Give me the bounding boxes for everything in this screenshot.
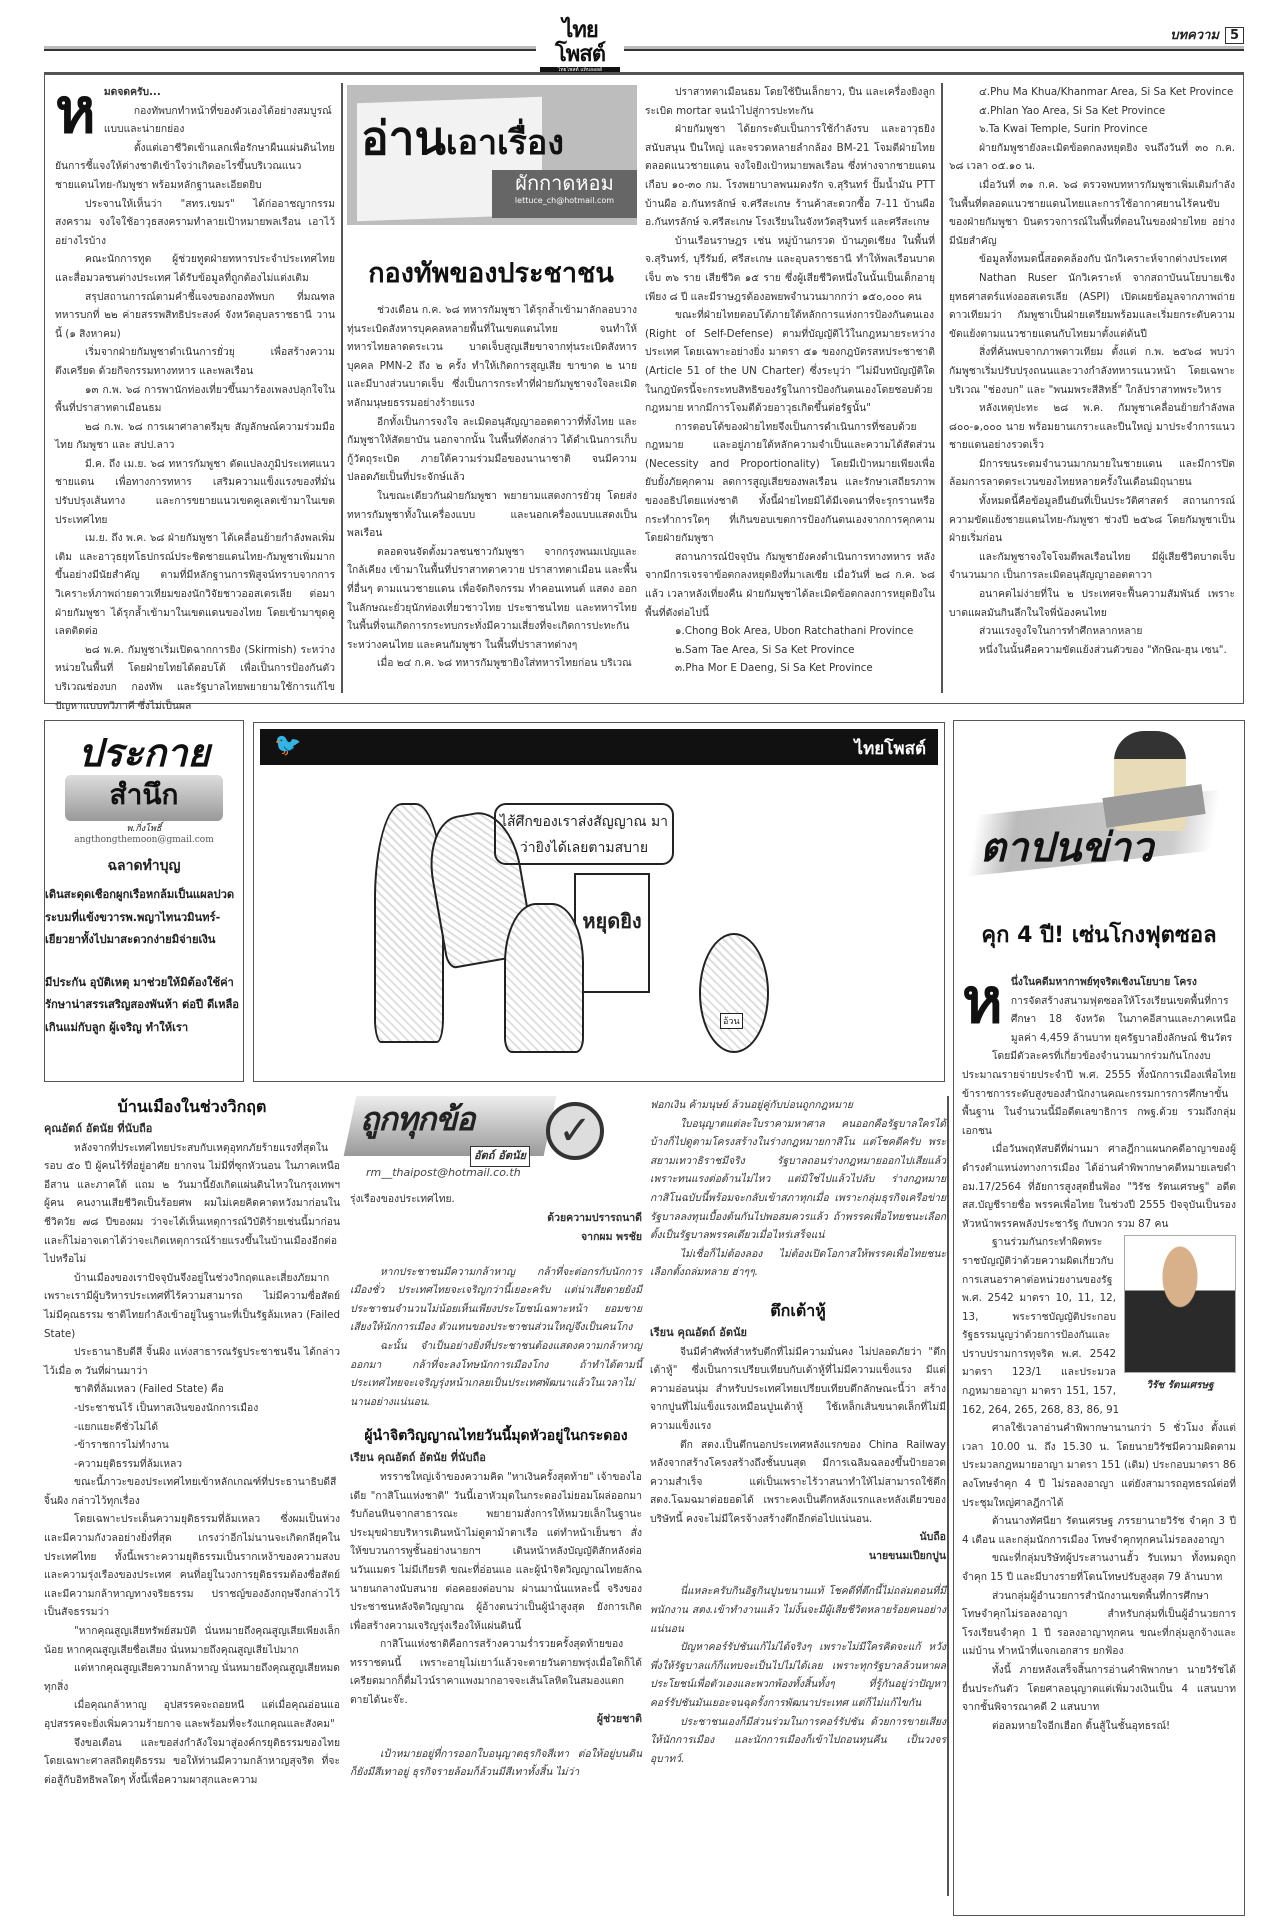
paragraph: สิ่งที่ค้นพบจากภาพดาวเทียม ตั้งแต่ ก.พ. … <box>949 343 1235 399</box>
newspaper-logo: ไทยโพสต์ ไทยโพสต์ แท็บลอยด์ <box>536 18 624 74</box>
paragraph: ส่วนแรงจูงใจในการทำศึกหลากหลาย <box>949 622 1235 641</box>
section-name: บทความ <box>1170 28 1219 43</box>
column-logo-text: ตาปนข่าว <box>980 815 1153 879</box>
paragraph: ทั้งนี้ ภายหลังเสร็จสิ้นการอ่านคำพิพากษา… <box>962 1661 1236 1717</box>
paragraph: ฝ่ายกัมพูชายังละเมิดข้อตกลงหยุดยิง จนถึง… <box>949 139 1235 176</box>
poem-line: เดินสะดุดเชือกผูกเรือหกล้ม <box>45 888 174 901</box>
paragraph: ฟอกเงิน ค้ามนุษย์ ล้วนอยู่คู่กับบ่อนถูกก… <box>650 1099 853 1111</box>
banner-email: lettuce_ch@hotmail.com <box>492 196 637 205</box>
signoff: ด้วยความปรารถนาดี <box>350 1209 642 1228</box>
paragraph: ตลอดจนจัดตั้งมวลชนชาวกัมพูชา จากกรุงพนมเ… <box>347 543 637 655</box>
paragraph: เมื่อ ๒๔ ก.ค. ๖๘ ทหารกัมพูชายิงใส่ทหารไท… <box>347 654 637 673</box>
paragraph: สรุปสถานการณ์ตามคำชี้แจงของกองทัพบก ที่ม… <box>55 288 335 344</box>
column-divider <box>947 1096 949 1896</box>
column-divider <box>341 83 343 693</box>
page-number: 5 <box>1225 27 1244 44</box>
story-column-1: ห มดจดครับ... กองทัพบกทำหน้าที่ของตัวเอง… <box>55 83 335 715</box>
cartoon-figure-right <box>699 933 769 1053</box>
top-story-box: ห มดจดครับ... กองทัพบกทำหน้าที่ของตัวเอง… <box>44 72 1244 704</box>
news-column-box: ตาปนข่าว คุก 4 ปี! เซ่นโกงฟุตซอล ห นึ่งใ… <box>953 720 1245 1916</box>
column-headline: คุก 4 ปี! เซ่นโกงฟุตซอล <box>954 917 1244 952</box>
paragraph: ตึก สตง.เป็นตึกนอกประเทศหลังแรกของ China… <box>650 1436 946 1529</box>
letter-cont: รุ่งเรืองของประเทศไทย. <box>350 1190 642 1209</box>
paragraph: สถานการณ์ปัจจุบัน กัมพูชายังคงดำเนินการท… <box>645 548 935 622</box>
letter3-salutation: เรียน คุณอัตถ์ อัตนัย <box>650 1324 946 1343</box>
paragraph: ตั้งแต่เอาชีวิตเข้าแลกเพื่อรักษาผืนแผ่นด… <box>55 139 335 195</box>
page-masthead: ไทยโพสต์ ไทยโพสต์ แท็บลอยด์ บทความ5 <box>44 18 1244 52</box>
paragraph: เริ่มจากฝ่ายกัมพูชาดำเนินการยั่วยุ เพื่อ… <box>55 343 335 380</box>
poem-stanza-2: มีประกัน อุบัติเหตุ มาช่วยให้มิต้องใช้ค่… <box>45 971 243 1039</box>
paragraph: -ประชาชนไร้ เป็นทาสเงินของนักการเมือง <box>44 1399 340 1418</box>
paragraph: ๒๘ พ.ค. กัมพูชาเริ่มเปิดฉากการยิง (Skirm… <box>55 641 335 715</box>
paragraph: "หากคุณสูญเสียทรัพย์สมบัติ นั่นหมายถึงคุ… <box>44 1622 340 1659</box>
letter2-title: ผู้นำจิตวิญญาณไทยวันนี้มุดหัวอยู่ในกระดอ… <box>350 1425 642 1447</box>
paragraph: หากประชาชนมีความกล้าหาญ กล้าที่จะต่อกรกั… <box>350 1263 642 1337</box>
answer-column-right: ฟอกเงิน ค้ามนุษย์ ล้วนอยู่คู่กับบ่อนถูกก… <box>650 1096 946 1768</box>
poem-logo-scroll: สำนึก <box>65 775 223 821</box>
paragraph: จึงขอเตือน และขอส่งกำลังใจมาสู่องค์กรยุต… <box>44 1734 340 1790</box>
column-banner: อ่านเอาเรื่อง ผักกาดหอม lettuce_ch@hotma… <box>347 85 637 225</box>
story-column-4: ๔.Phu Ma Khua/Khanmar Area, Si Sa Ket Pr… <box>949 83 1235 659</box>
paragraph: ประชาชนเองก็มีส่วนร่วมในการคอร์รัปชัน ด้… <box>650 1713 946 1769</box>
paragraph: -ความยุติธรรมที่ล้มเหลว <box>44 1455 340 1474</box>
drop-cap: ห <box>962 973 1003 1029</box>
poem-title: ฉลาดทำบุญ <box>45 855 243 877</box>
poem-line: มีประกัน อุบัติเหตุ มาช่วยให้ <box>45 976 180 989</box>
paragraph: ขณะนี้ภาวะของประเทศไทยเข้าหลักเกณฑ์ที่ปร… <box>44 1473 340 1510</box>
lead-text: มดจดครับ... <box>104 86 161 98</box>
paragraph: ประจานให้เห็นว่า "สทร.เขมร" ได้ก่ออาชญาก… <box>55 195 335 251</box>
poem-box: ประกาย สำนึก พ.กิ่งโพธิ์ angthongthemoon… <box>44 720 244 1082</box>
column-email: rm__thaipost@hotmail.co.th <box>366 1164 521 1183</box>
letter-column: บ้านเมืองในช่วงวิกฤต คุณอัตถ์ อัตนัย ที่… <box>44 1096 340 1789</box>
paragraph: Nathan Ruser นักวิเคราะห์ จากสถาบันนโยบา… <box>949 269 1235 343</box>
paragraph: ฝ่ายกัมพูชา ได้ยกระดับเป็นการใช้กำลังรบ … <box>645 120 935 232</box>
list-item: ๕.Phlan Yao Area, Si Sa Ket Province <box>949 102 1235 121</box>
paragraph: ในขณะเดียวกันฝ่ายกัมพูชา พยายามแสดงการยั… <box>347 487 637 543</box>
paragraph: ศาลใช้เวลาอ่านคำพิพากษานานกว่า 5 ชั่วโมง… <box>962 1419 1236 1512</box>
drop-cap: ห <box>55 83 96 139</box>
reply-2: เป้าหมายอยู่ที่การออกใบอนุญาตธุรกิจสีเทา… <box>350 1745 642 1782</box>
logo-text: ถูกทุกข้อ <box>360 1110 474 1129</box>
reply-continued: ฟอกเงิน ค้ามนุษย์ ล้วนอยู่คู่กับบ่อนถูกก… <box>650 1096 946 1282</box>
paragraph: นี่แหละครับกินอิฐกินปูนขนานแท้ โชคดีที่ต… <box>650 1582 946 1638</box>
poem-stanza-1: เดินสะดุดเชือกผูกเรือหกล้มเป็นแผลปวดระบม… <box>45 883 243 951</box>
paragraph: คณะนักการทูต ผู้ช่วยทูตฝ่ายทหารประจำประเ… <box>55 250 335 287</box>
paragraph: อีกทั้งเป็นการจงใจ ละเมิดอนุสัญญาออตตาวา… <box>347 413 637 487</box>
letter-salutation: คุณอัตถ์ อัตนัย ที่นับถือ <box>44 1120 340 1139</box>
letter3-signoff: นับถือ <box>650 1528 946 1547</box>
cartoon-header-bar: 🐦 ไทยโพสต์ <box>260 729 938 765</box>
paragraph: ทรราชใหญ่เจ้าของความคิด "หาเงินครั้งสุดท… <box>350 1468 642 1635</box>
paragraph: กาสิโนแห่งชาติคือการสร้างความร่ำรวยครั้ง… <box>350 1635 642 1709</box>
poem-email: angthongthemoon@gmail.com <box>45 835 243 845</box>
list-item: ๔.Phu Ma Khua/Khanmar Area, Si Sa Ket Pr… <box>949 83 1235 102</box>
paragraph: การตอบโต้ของฝ่ายไทยจึงเป็นการดำเนินการที… <box>645 418 935 548</box>
cartoon-brand: ไทยโพสต์ <box>855 735 926 762</box>
paragraph: ปราสาทตาเมือนธม โดยใช้ปืนเล็กยาว, ปืน แล… <box>645 83 935 120</box>
paragraph: -แยกแยะดีชั่วไม่ได้ <box>44 1418 340 1437</box>
paragraph: อนาคตไม่ง่ายที่ใน ๒ ประเทศจะฟื้นความสัมพ… <box>949 585 1235 622</box>
paragraph: ฉะนั้น จำเป็นอย่างยิ่งที่ประชาชนต้องแสดง… <box>350 1337 642 1411</box>
checkmark-icon: ✓ <box>546 1102 604 1160</box>
banner-title: อ่านเอาเรื่อง <box>361 113 564 168</box>
paragraph: บ้านเมืองของเราปัจจุบันจึงอยู่ในช่วงวิกฤ… <box>44 1269 340 1343</box>
answer-column-logo: ถูกทุกข้อ อัตถ์ อัตนัย ✓ rm__thaipost@ho… <box>350 1096 642 1182</box>
paragraph: ๒๘ ก.พ. ๖๘ การเผาศาลาตรีมุข สัญลักษณ์ควา… <box>55 418 335 455</box>
letter3-title: ตึกเต้าหู้ <box>650 1300 946 1322</box>
paragraph: ทั้งหมดนี้คือข้อมูลยืนยันที่เป็นประวัติศ… <box>949 492 1235 548</box>
section-label: บทความ5 <box>1170 24 1244 45</box>
paragraph: มี.ค. ถึง เม.ย. ๖๘ ทหารกัมพูชา ดัดแปลงภู… <box>55 455 335 529</box>
cartoon-figure-center <box>504 903 584 1053</box>
letter3-body: จีนมีคำศัพท์สำหรับตึกที่ไม่มีความมั่นคง … <box>650 1343 946 1529</box>
reply-1: หากประชาชนมีความกล้าหาญ กล้าที่จะต่อกรกั… <box>350 1263 642 1412</box>
paragraph: ต่อลมหายใจอีกเฮือก ดิ้นสู้ในชั้นอุทธรณ์! <box>962 1717 1236 1736</box>
column-divider <box>941 83 943 693</box>
story-column-3: ปราสาทตาเมือนธม โดยใช้ปืนเล็กยาว, ปืน แล… <box>645 83 935 678</box>
col1-paragraphs: กองทัพบกทำหน้าที่ของตัวเองได้อย่างสมบูรณ… <box>55 102 335 716</box>
paragraph: ชาติที่ล้มเหลว (Failed State) คือ <box>44 1380 340 1399</box>
column-masthead: ตาปนข่าว <box>964 731 1234 881</box>
poem-byline: พ.กิ่งโพธิ์ <box>45 821 243 835</box>
cartoon-badge: อ้วน <box>720 1013 743 1029</box>
paragraph: ปัญหาคอร์รัปชันแก้ไม่ได้จริงๆ เพราะไม่มี… <box>650 1638 946 1712</box>
list-item: ๓.Pha Mor E Daeng, Si Sa Ket Province <box>645 659 935 678</box>
paragraph: ขณะที่กลุ่มบริษัทผู้ประสานงานฮั้ว รับเหม… <box>962 1549 1236 1586</box>
paragraph: และกัมพูชาจงใจโจมตีพลเรือนไทย มีผู้เสียช… <box>949 548 1235 585</box>
paragraph: ขณะที่ฝ่ายไทยตอบโต้ภายใต้หลักการแห่งการป… <box>645 306 935 418</box>
paragraph: ช่วงเดือน ก.ค. ๖๘ ทหารกัมพูชา ได้รุกล้ำเ… <box>347 301 637 413</box>
paragraph: แต่หากคุณสูญเสียความกล้าหาญ นั่นหมายถึงค… <box>44 1659 340 1696</box>
bird-mascot-icon: 🐦 <box>274 733 301 758</box>
banner-author: ผักกาดหอม <box>492 170 637 196</box>
paragraph: ส่วนกลุ่มผู้อำนวยการสำนักงานเขตพื้นที่กา… <box>962 1587 1236 1661</box>
banner-author-bar: ผักกาดหอม lettuce_ch@hotmail.com <box>492 170 637 218</box>
paragraph: กองทัพบกทำหน้าที่ของตัวเองได้อย่างสมบูรณ… <box>55 102 335 139</box>
paragraph: หลังจากที่ประเทศไทยประสบกับเหตุอุทกภัยร้… <box>44 1139 340 1269</box>
lead-text: นึ่งในคดีมหากาพย์ทุจริตเชิงนโยบาย โครง <box>1011 976 1197 988</box>
list-item: ๑.Chong Bok Area, Ubon Ratchathani Provi… <box>645 622 935 641</box>
letter-title: บ้านเมืองในช่วงวิกฤต <box>44 1096 340 1118</box>
answer-column: ถูกทุกข้อ อัตถ์ อัตนัย ✓ rm__thaipost@ho… <box>350 1096 642 1782</box>
paragraph: ด้านนางทัศนียา รัตนเศรษฐ ภรรยานายวิรัช จ… <box>962 1512 1236 1549</box>
paragraph: หนึ่งในนั้นคือความขัดแย้งส่วนตัวของ "ทัก… <box>949 641 1235 660</box>
masthead-rule-dark <box>44 49 1244 51</box>
paragraph: ใบอนุญาตแต่ละใบราคามหาศาล คนออกคือรัฐบาล… <box>650 1115 946 1245</box>
paragraph: บ้านเรือนราษฎร เช่น หมู่บ้านกรวด บ้านภูด… <box>645 232 935 306</box>
paragraph: เมื่อคุณกล้าหาญ อุปสรรคจะถอยหนี แต่เมื่อ… <box>44 1696 340 1733</box>
signoff-name: จากผม พรชัย <box>350 1228 642 1247</box>
paragraph: เม.ย. ถึง พ.ค. ๖๘ ฝ่ายกัมพูชา ได้เคลื่อน… <box>55 529 335 641</box>
editorial-cartoon: 🐦 ไทยโพสต์ ไส้ศึกของเราส่งสัญญาณ มาว่ายิ… <box>253 722 945 1082</box>
story-column-2: ช่วงเดือน ก.ค. ๖๘ ทหารกัมพูชา ได้รุกล้ำเ… <box>347 301 637 673</box>
portrait-photo: วิรัช รัตนเศรษฐ <box>1124 1233 1236 1396</box>
poem-line: แม่กับลูก ผู้เจริญ ทำให้เรา <box>63 1021 188 1034</box>
poem-line: ทั้งไปมาสะดวกง่ายมิจ่ายเงิน <box>81 933 215 946</box>
paragraph: ไม่เชื่อก็ไม่ต้องลอง ไม่ต้องเปิดโอกาสให้… <box>650 1245 946 1282</box>
paragraph: -ข้าราชการไม่ทำงาน <box>44 1436 340 1455</box>
column-paragraphs: การจัดสร้างสนามฟุตซอลให้โรงเรียนเขตพื้นท… <box>962 992 1236 1736</box>
paragraph: มีการขนระดมจำนวนมากมายในชายแดน และมีการป… <box>949 455 1235 492</box>
paragraph: การจัดสร้างสนามฟุตซอลให้โรงเรียนเขตพื้นท… <box>962 992 1236 1048</box>
paragraph: โดยเฉพาะประเด็นความยุติธรรมที่ล้มเหลว ซึ… <box>44 1510 340 1622</box>
letter2-salutation: เรียน คุณอัตถ์ อัตนัย ที่นับถือ <box>350 1449 642 1468</box>
poem-logo-top: ประกาย <box>45 731 243 775</box>
letter2-body: ทรราชใหญ่เจ้าของความคิด "หาเงินครั้งสุดท… <box>350 1468 642 1710</box>
paragraph: โดยมีตัวละครที่เกี่ยวข้องจำนวนมากร่วมกัน… <box>962 1047 1236 1140</box>
ceasefire-sign: หยุดยิง <box>574 873 650 993</box>
column-body: ห นึ่งในคดีมหากาพย์ทุจริตเชิงนโยบาย โครง… <box>962 973 1236 1735</box>
paragraph: ๑๓ ก.พ. ๖๘ การพานักท่องเที่ยวขึ้นมาร้องเ… <box>55 381 335 418</box>
paragraph: เมื่อวันพฤหัสบดีที่ผ่านมา ศาลฎีกาแผนกคดี… <box>962 1140 1236 1233</box>
paragraph: หลังเหตุปะทะ ๒๘ พ.ค. กัมพูชาเคลื่อนย้ายก… <box>949 399 1235 455</box>
speech-bubble: ไส้ศึกของเราส่งสัญญาณ มาว่ายิงได้เลยตามส… <box>494 803 674 865</box>
paragraph: ข้อมูลทั้งหมดนี้สอดคล้องกับ นักวิเคราะห์… <box>949 250 1235 269</box>
letter3-signoff-name: นายขนมเปียกปูน <box>650 1547 946 1566</box>
logo-text: ไทยโพสต์ <box>540 18 620 66</box>
story-headline: กองทัพของประชาชน <box>351 251 631 294</box>
list-item: ๒.Sam Tae Area, Si Sa Ket Province <box>645 641 935 660</box>
paragraph: ประธานาธิบดีสี จิ้นผิง แห่งสาธารณรัฐประช… <box>44 1343 340 1380</box>
paragraph: เมื่อวันที่ ๓๑ ก.ค. ๖๘ ตรวจพบทหารกัมพูชา… <box>949 176 1235 250</box>
reply-3: นี่แหละครับกินอิฐกินปูนขนานแท้ โชคดีที่ต… <box>650 1582 946 1768</box>
paragraph: จีนมีคำศัพท์สำหรับตึกที่ไม่มีความมั่นคง … <box>650 1343 946 1436</box>
letter2-signoff: ผู้ช่วยชาติ <box>350 1710 642 1729</box>
letter-paragraphs: หลังจากที่ประเทศไทยประสบกับเหตุอุทกภัยร้… <box>44 1139 340 1790</box>
list-item: ๖.Ta Kwai Temple, Surin Province <box>949 120 1235 139</box>
